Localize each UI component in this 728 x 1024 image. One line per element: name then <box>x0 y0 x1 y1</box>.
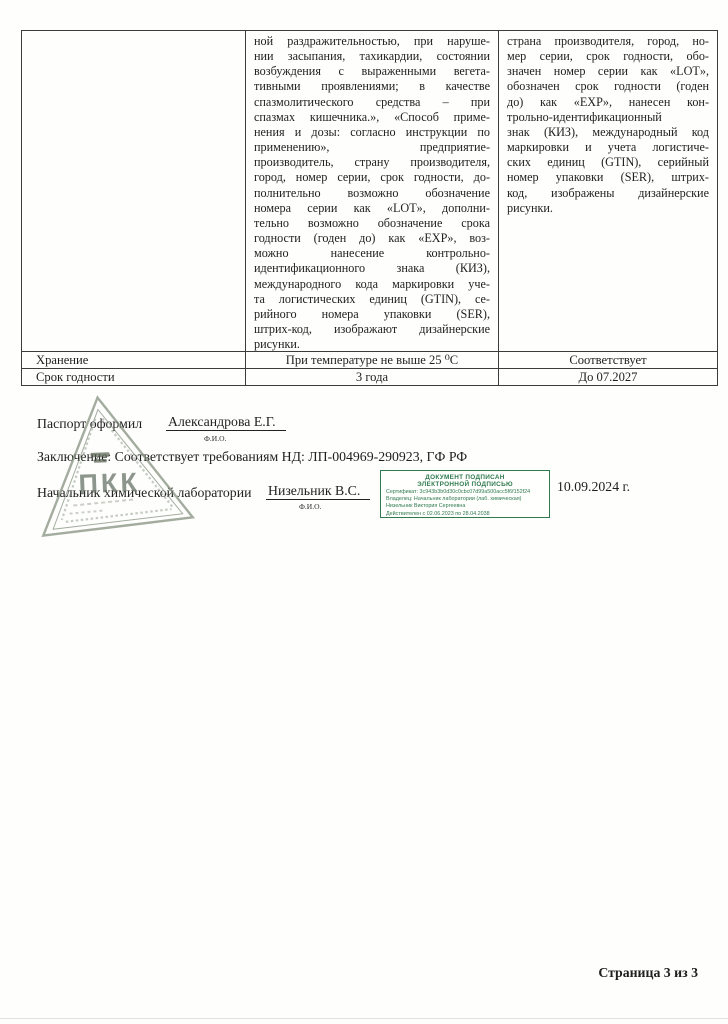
main-row-middle-cell: ной раздражительностью, при наруше-нии з… <box>245 31 498 351</box>
conclusion-line: Заключение: Соответствует требованиям НД… <box>37 449 467 465</box>
triangular-stamp: ПКК <box>31 389 200 547</box>
text-line: маркировки и учета логистиче- <box>507 140 709 155</box>
lab-head-name-text: Низельник В.С. <box>266 483 370 500</box>
text-line: спазмах кишечника.», «Способ приме- <box>254 110 490 125</box>
text-line: страна производителя, город, но- <box>507 34 709 49</box>
main-row-empty-cell <box>22 31 245 351</box>
shelf-life-row-value: 3 года <box>245 368 498 385</box>
esign-certificate: Сертификат: 3c943b3b0d30c0cbc07d99a500ac… <box>386 489 544 496</box>
text-line: тивными проявлениями; в качестве <box>254 79 490 94</box>
text-line: рисунки. <box>507 201 709 216</box>
text-line: город, номер серии, срок годности, до- <box>254 170 490 185</box>
text-line: спазмолитического средства – при <box>254 95 490 110</box>
text-line: знак (КИЗ), международный код <box>507 125 709 140</box>
text-line: нения и дозы: согласно инструкции по <box>254 125 490 140</box>
text-line: обозначен срок годности (годен <box>507 79 709 94</box>
esign-owner-name: Низельник Виктория Сергеевна <box>386 503 544 510</box>
middle-column-text: ной раздражительностью, при наруше-нии з… <box>246 31 498 351</box>
text-line: полнительно возможно обозначение <box>254 186 490 201</box>
signature-date: 10.09.2024 г. <box>557 479 630 495</box>
text-line: годности (годен до) как «EXP», воз- <box>254 231 490 246</box>
text-line: номер упаковки (SER), штрих- <box>507 170 709 185</box>
esign-title-line1: ДОКУМЕНТ ПОДПИСАН <box>386 474 544 481</box>
text-line: международного кода маркировки уче- <box>254 277 490 292</box>
text-line: возбуждения с выраженными вегета- <box>254 64 490 79</box>
lab-head-label: Начальник химической лаборатории <box>37 485 251 501</box>
text-line: код, изображены дизайнерские <box>507 186 709 201</box>
text-line: можно нанесение контрольно- <box>254 246 490 261</box>
shelf-life-row-label: Срок годности <box>22 368 245 385</box>
fio-caption-prepared: Ф.И.О. <box>204 434 226 443</box>
text-line: та логистических единиц (GTIN), се- <box>254 292 490 307</box>
text-line: мер серии, срок годности, обо- <box>507 49 709 64</box>
text-line: штрих-код, изображают дизайнерские <box>254 322 490 337</box>
electronic-signature-stamp: ДОКУМЕНТ ПОДПИСАН ЭЛЕКТРОННОЙ ПОДПИСЬЮ С… <box>380 470 550 518</box>
text-line: применению», предприятие- <box>254 140 490 155</box>
text-line: ских единиц (GTIN), серийный <box>507 155 709 170</box>
text-line: производитель, страну производителя, <box>254 155 490 170</box>
text-line: идентификационного знака (КИЗ), <box>254 261 490 276</box>
stamp-lower-text-decoration <box>69 499 135 513</box>
passport-prepared-label: Паспорт оформил <box>37 416 142 432</box>
page-number: Страница 3 из 3 <box>598 965 698 981</box>
text-line: трольно-идентификационный <box>507 110 709 125</box>
fio-caption-head: Ф.И.О. <box>299 502 321 511</box>
scan-edge-artifact <box>0 1018 728 1020</box>
storage-row-label: Хранение <box>22 351 245 368</box>
text-line: значен номер серии как «LOT», <box>507 64 709 79</box>
right-column-text: страна производителя, город, но-мер сери… <box>499 31 717 216</box>
text-line: рисунки. <box>254 337 490 351</box>
prepared-by-name: Александрова Е.Г. <box>166 414 286 430</box>
spec-table: ной раздражительностью, при наруше-нии з… <box>21 30 718 386</box>
scanned-document-page: ной раздражительностью, при наруше-нии з… <box>0 0 728 1024</box>
shelf-life-row-status: До 07.2027 <box>498 368 717 385</box>
main-row-right-cell: страна производителя, город, но-мер сери… <box>498 31 717 351</box>
storage-row-status: Соответствует <box>498 351 717 368</box>
storage-row-value: При температуре не выше 25 ⁰С <box>245 351 498 368</box>
text-line: ной раздражительностью, при наруше- <box>254 34 490 49</box>
esign-owner: Владелец: Начальник лаборатории (лаб. хи… <box>386 496 544 503</box>
text-line: тельно возможно обозначение срока <box>254 216 490 231</box>
lab-head-name: Низельник В.С. <box>266 483 370 499</box>
text-line: нии засыпания, тахикардии, состоянии <box>254 49 490 64</box>
text-line: до) как «EXP», нанесен кон- <box>507 95 709 110</box>
esign-validity: Действителен с 02.06.2023 по 28.04.2038 <box>386 511 544 518</box>
text-line: номера серии как «LOT», дополни- <box>254 201 490 216</box>
esign-title-line2: ЭЛЕКТРОННОЙ ПОДПИСЬЮ <box>386 481 544 488</box>
prepared-by-name-text: Александрова Е.Г. <box>166 414 286 431</box>
text-line: рийного номера упаковки (SER), <box>254 307 490 322</box>
